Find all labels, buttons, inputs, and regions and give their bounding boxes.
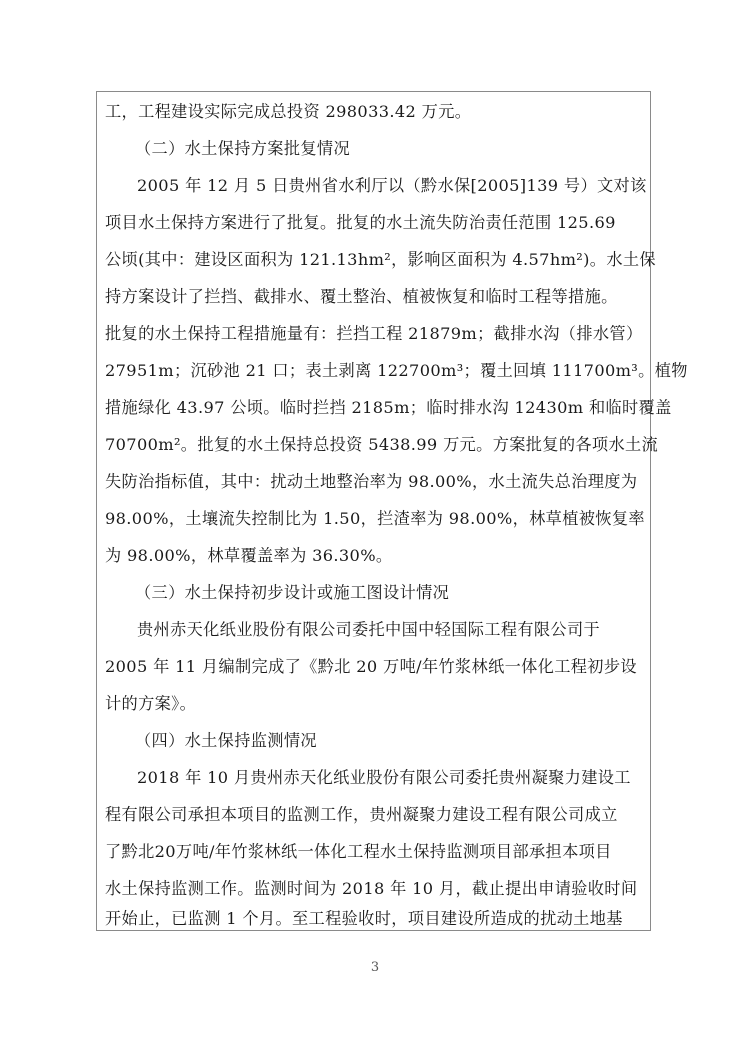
text-line: 70700m²。批复的水土保持总投资 5438.99 万元。方案批复的各项水土流	[105, 435, 658, 455]
text-line: 水土保持监测工作。监测时间为 2018 年 10 月，截止提出申请验收时间	[105, 879, 637, 899]
text-line: 27951m；沉砂池 21 口；表土剥离 122700m³；覆土回填 11170…	[105, 361, 688, 381]
text-line: 工，工程建设实际完成总投资 298033.42 万元。	[105, 102, 471, 122]
text-line: 贵州赤天化纸业股份有限公司委托中国中轻国际工程有限公司于	[137, 620, 600, 640]
text-line: 为 98.00%，林草覆盖率为 36.30%。	[105, 546, 392, 566]
section-heading-3: （三）水土保持初步设计或施工图设计情况	[135, 583, 449, 603]
text-frame: 工，工程建设实际完成总投资 298033.42 万元。 （二）水土保持方案批复情…	[96, 91, 651, 931]
text-line: 持方案设计了拦挡、截排水、覆土整治、植被恢复和临时工程等措施。	[105, 287, 618, 307]
text-line: 项目水土保持方案进行了批复。批复的水土流失防治责任范围 125.69	[105, 213, 616, 233]
text-line: 98.00%，土壤流失控制比为 1.50，拦渣率为 98.00%，林草植被恢复率	[105, 509, 645, 529]
text-line: 措施绿化 43.97 公顷。临时拦挡 2185m；临时排水沟 12430m 和临…	[105, 398, 672, 418]
section-heading-4: （四）水土保持监测情况	[135, 731, 317, 751]
text-line: 了黔北20万吨/年竹浆林纸一体化工程水土保持监测项目部承担本项目	[105, 842, 612, 862]
text-line: 批复的水土保持工程措施量有：拦挡工程 21879m；截排水沟（排水管）	[105, 324, 643, 344]
text-line: 程有限公司承担本项目的监测工作，贵州凝聚力建设工程有限公司成立	[105, 805, 618, 825]
text-line: 2005 年 12 月 5 日贵州省水利厅以（黔水保[2005]139 号）文对…	[137, 176, 647, 196]
text-line: 开始止，已监测 1 个月。至工程验收时，项目建设所造成的扰动土地基	[105, 909, 623, 929]
text-line: 失防治指标值，其中：扰动土地整治率为 98.00%，水土流失总治理度为	[105, 472, 637, 492]
section-heading-2: （二）水土保持方案批复情况	[135, 139, 350, 159]
text-line: 2018 年 10 月贵州赤天化纸业股份有限公司委托贵州凝聚力建设工	[137, 768, 631, 788]
text-line: 公顷(其中：建设区面积为 121.13hm²，影响区面积为 4.57hm²)。水…	[105, 250, 656, 270]
text-line: 2005 年 11 月编制完成了《黔北 20 万吨/年竹浆林纸一体化工程初步设	[105, 657, 637, 677]
page-number: 3	[0, 960, 750, 975]
text-line: 计的方案》。	[105, 694, 196, 714]
